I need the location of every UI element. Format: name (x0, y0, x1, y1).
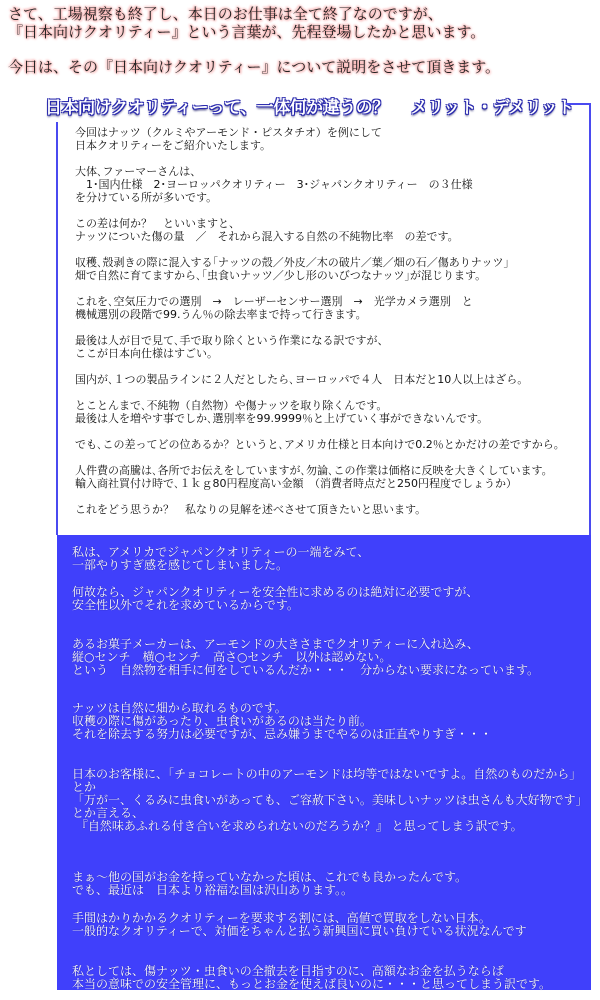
opinion-paragraph: 私としては、傷ナッツ・虫食いの全撤去を目指すのに、高額なお金を払うならば 本当の… (72, 965, 582, 991)
paragraph: 国内が､１つの製品ラインに２人だとしたら､ヨーロッパで４人 日本だと10人以上は… (75, 373, 585, 386)
opinion-paragraph: 手間はかりかかるクオリティーを要求する割には、高値で買取をしない日本。 一般的な… (72, 912, 582, 938)
intro-line-3: 今日は、その『日本向けクオリティー』について説明をさせて頂きます。 (8, 59, 500, 76)
paragraph: 収穫､殻剥きの際に混入する｢ナッツの殻／外皮／木の破片／葉／畑の石／傷ありナッツ… (75, 256, 585, 282)
opinion-paragraph: 何故なら、ジャパンクオリティーを安全性に求めるのは絶対に必要ですが、 安全性以外… (72, 586, 582, 612)
paragraph: これを､空気圧力での選別 → レーザーセンサー選別 → 光学カメラ選別 と 機械… (75, 295, 585, 321)
opinion-paragraph: 日本のお客様に、「チョコレートの中のアーモンドは均等ではないですよ。自然のものだ… (72, 768, 582, 833)
opinion-paragraph: まぁ～他の国がお金を持っていなかった頃は、これでも良かったんです。 でも、最近は… (72, 871, 582, 897)
paragraph: とことんまで､不純物（自然物）や傷ナッツを取り除くんです。 最後は人を増やす事で… (75, 399, 585, 425)
paragraph: 今回はナッツ（クルミやアーモンド・ピスタチオ）を例にして 日本クオリティーをご紹… (75, 126, 585, 152)
paragraph: 最後は人が目で見て､手で取り除くという作業になる訳ですが、 ここが日本向仕様はす… (75, 334, 585, 360)
opinion-paragraph: 私は、アメリカでジャパンクオリティーの一端をみて、 一部やりすぎ感を感じてしまい… (72, 546, 582, 572)
opinion-paragraph: あるお菓子メーカーは、アーモンドの大きさまでクオリティーに入れ込み、 縦○センチ… (72, 638, 582, 677)
frame-right-line (589, 103, 591, 535)
paragraph: 人件費の高騰は､各所でお伝えをしていますが､勿論､この作業は価格に反映を大きくし… (75, 464, 585, 490)
frame-top-line (566, 103, 591, 105)
explanation-box: 今回はナッツ（クルミやアーモンド・ピスタチオ）を例にして 日本クオリティーをご紹… (75, 126, 585, 529)
paragraph: この差は何か？ といいますと、 ナッツについた傷の量 ／ それから混入する自然の… (75, 217, 585, 243)
paragraph: 大体､ファーマーさんは、 1･国内仕様 2･ヨーロッパクオリティー 3･ジャパン… (75, 165, 585, 204)
frame-left-line (56, 122, 58, 535)
paragraph: これをどう思うか？ 私なりの見解を述べさせて頂きたいと思います。 (75, 503, 585, 516)
section-heading-subtitle: メリット・デメリット (411, 98, 574, 118)
opinion-paragraph: ナッツは自然に畑から取れるものです。 収穫の際に傷があったり、虫食いがあるのは当… (72, 702, 582, 741)
section-heading: 日本向けクオリティーって、一体何が違うの？メリット・デメリット (45, 93, 574, 118)
intro-line-1: さて、工場視察も終了し、本日のお仕事は全て終了なのですが、 (8, 6, 443, 23)
intro-line-2: 『日本向けクオリティー』という言葉が、先程登場したかと思います。 (8, 24, 485, 41)
section-heading-title: 日本向けクオリティーって、一体何が違うの？ (45, 98, 389, 118)
paragraph: でも､この差ってどの位あるか？というと､アメリカ仕様と日本向けで0.2％とかだけ… (75, 438, 585, 451)
